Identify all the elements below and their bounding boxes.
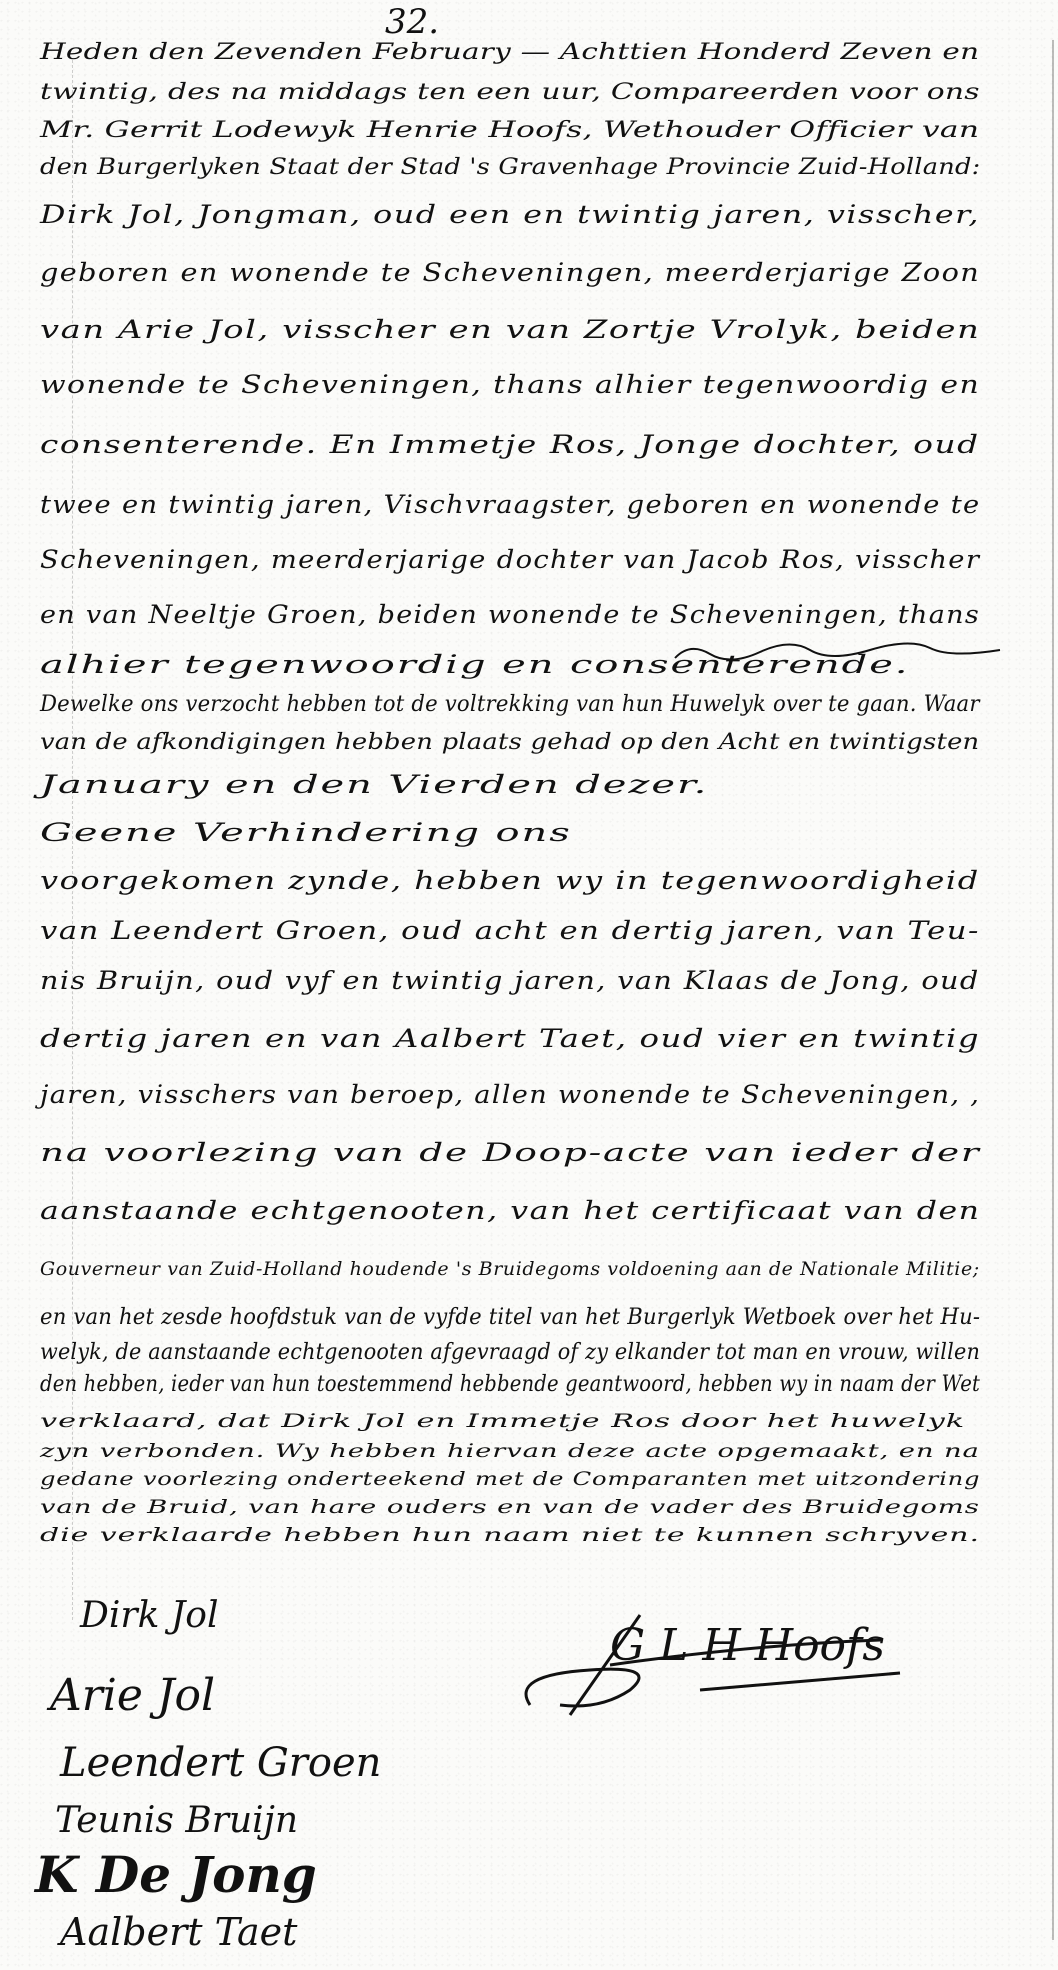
signature-groom: Dirk Jol: [80, 1595, 218, 1636]
document-line: van de afkondigingen hebben plaats gehad…: [40, 730, 979, 755]
signature-witness-2: Teunis Bruijn: [55, 1800, 298, 1841]
document-line: Gouverneur van Zuid-Holland houdende 's …: [40, 1258, 980, 1280]
document-line: en van het zesde hoofdstuk van de vyfde …: [40, 1305, 980, 1330]
document-line: na voorlezing van de Doop-acte van ieder…: [40, 1138, 981, 1167]
document-line: Heden den Zevenden February — Achttien H…: [40, 40, 979, 65]
signature-father-groom: Arie Jol: [50, 1670, 215, 1721]
document-line: den Burgerlyken Staat der Stad 's Graven…: [40, 155, 980, 180]
document-line: welyk, de aanstaande echtgenooten afgevr…: [40, 1340, 980, 1365]
line-filler-flourish: [670, 640, 1010, 670]
signature-witness-3: K De Jong: [35, 1845, 317, 1904]
document-line: voorgekomen zynde, hebben wy in tegenwoo…: [40, 866, 980, 895]
document-line: twintig, des na middags ten een uur, Com…: [40, 80, 980, 105]
signature-official-text: G L H Hoofs: [610, 1620, 885, 1671]
signature-witness-1: Leendert Groen: [60, 1740, 381, 1786]
scanned-page: 32. Heden den Zevenden February — Achtti…: [0, 0, 1058, 1970]
document-line: van Leendert Groen, oud acht en dertig j…: [40, 916, 980, 945]
page-number: 32.: [385, 2, 439, 42]
page-edge: [1052, 40, 1054, 1940]
document-line: consenterende. En Immetje Ros, Jonge doc…: [40, 430, 980, 459]
document-line: nis Bruijn, oud vyf en twintig jaren, va…: [40, 966, 980, 995]
signature-witness-4: Aalbert Taet: [60, 1910, 297, 1954]
document-line: Mr. Gerrit Lodewyk Henrie Hoofs, Wethoud…: [40, 118, 979, 143]
document-line: Scheveningen, meerderjarige dochter van …: [40, 545, 980, 574]
document-line: wonende te Scheveningen, thans alhier te…: [40, 370, 980, 399]
signature-official: G L H Hoofs: [500, 1595, 960, 1725]
document-line: jaren, visschers van beroep, allen wonen…: [40, 1080, 980, 1109]
document-line: en van Neeltje Groen, beiden wonende te …: [40, 600, 980, 629]
document-line: die verklaarde hebben hun naam niet te k…: [40, 1524, 980, 1546]
document-line: van de Bruid, van hare ouders en van de …: [40, 1496, 980, 1518]
document-line: zyn verbonden. Wy hebben hiervan deze ac…: [40, 1440, 980, 1462]
document-line: Geene Verhindering ons: [40, 818, 572, 847]
document-line: gedane voorlezing onderteekend met de Co…: [40, 1468, 980, 1490]
document-line: den hebben, ieder van hun toestemmend he…: [40, 1372, 980, 1397]
document-line: dertig jaren en van Aalbert Taet, oud vi…: [40, 1024, 980, 1053]
document-line: Dewelke ons verzocht hebben tot de voltr…: [40, 692, 980, 717]
document-line: Dirk Jol, Jongman, oud een en twintig ja…: [40, 200, 980, 229]
document-line: van Arie Jol, visscher en van Zortje Vro…: [40, 315, 980, 344]
document-line: aanstaande echtgenooten, van het certifi…: [40, 1196, 981, 1225]
document-line: verklaard, dat Dirk Jol en Immetje Ros d…: [40, 1410, 965, 1432]
document-line: twee en twintig jaren, Vischvraagster, g…: [40, 490, 981, 519]
document-line: January en den Vierden dezer.: [40, 770, 708, 799]
document-line: geboren en wonende te Scheveningen, meer…: [40, 258, 980, 287]
